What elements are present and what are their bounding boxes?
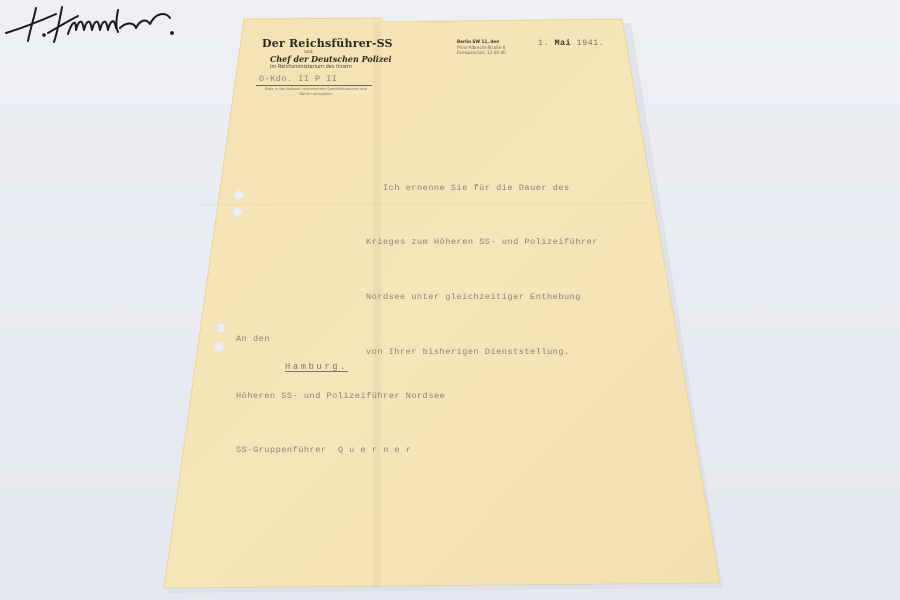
punch-hole <box>214 342 224 352</box>
letterhead-divider <box>256 85 372 86</box>
punch-hole <box>216 323 226 333</box>
letterhead-subtitle: Chef der Deutschen Polizei <box>270 54 392 64</box>
date-month: Mai <box>555 38 572 48</box>
reference-note: Bitte in der Antwort vorstehendes Geschä… <box>262 87 370 97</box>
body-line: Ich ernenne Sie für die Dauer des <box>366 179 598 197</box>
recipient-line: Höheren SS- und Polizeiführer Nordsee <box>236 387 445 405</box>
recipient-line: SS-Gruppenführer Q u e r n e r <box>236 441 445 459</box>
date-day: 1. <box>538 38 549 48</box>
handwritten-signature <box>0 0 200 50</box>
recipient-block: An den Höheren SS- und Polizeiführer Nor… <box>236 294 445 495</box>
body-line: Krieges zum Höheren SS- und Polizeiführe… <box>366 233 598 251</box>
letterhead-ministry: im Reichsministerium des Innern <box>270 64 352 70</box>
letter-sheet: Der Reichsführer-SS und Chef der Deutsch… <box>0 0 900 600</box>
sender-address: Berlin SW 11, den Prinz-Albrecht-Straße … <box>457 39 506 56</box>
letter-date: 1. Mai 1941. <box>538 38 604 48</box>
address-line: Fernsprecher: 12 00 40 <box>457 50 506 56</box>
recipient-city: Hamburg. <box>285 362 348 372</box>
letterhead-title: Der Reichsführer-SS <box>262 37 393 50</box>
recipient-salutation: An den <box>236 330 445 348</box>
address-line: Berlin SW 11, den <box>457 39 506 45</box>
reference-number: O-Kdo. II P II <box>259 74 337 84</box>
date-year: 1941. <box>577 38 605 48</box>
punch-hole <box>234 190 244 200</box>
punch-hole <box>232 207 242 217</box>
